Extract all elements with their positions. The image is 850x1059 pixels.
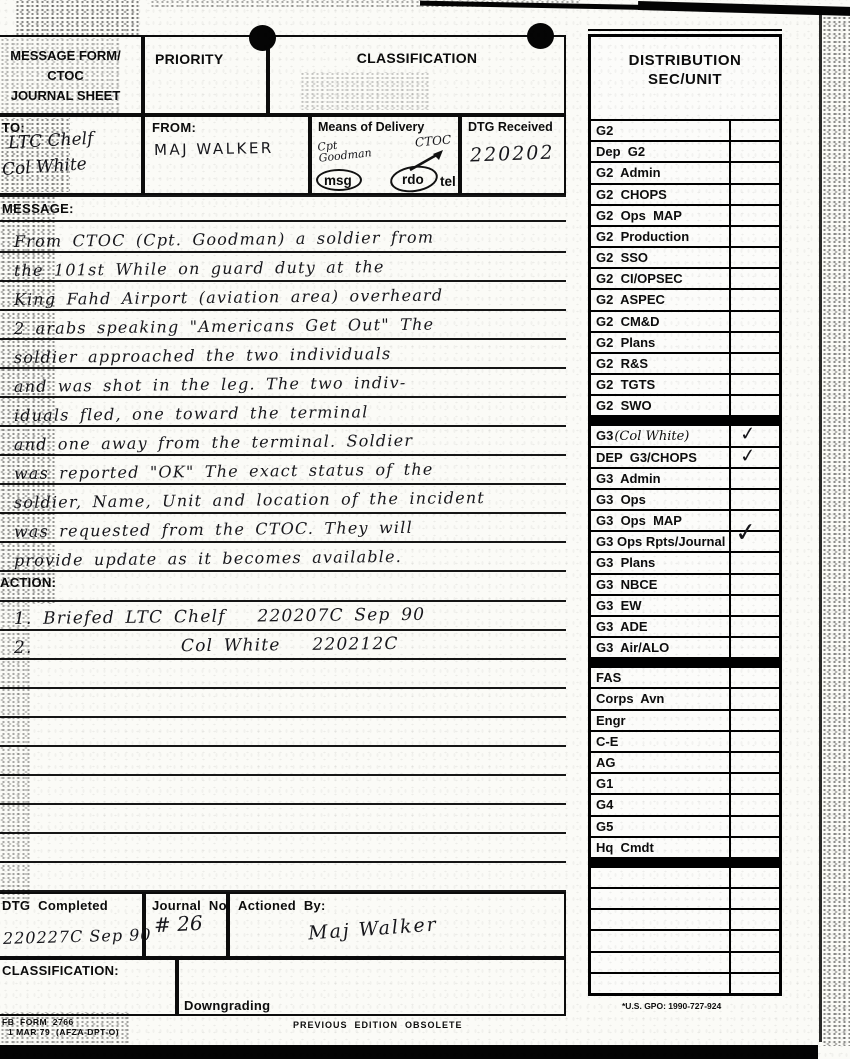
distribution-row: G2 CHOPS [591,185,779,206]
action-line: 1. Briefed LTC Chelf 220207C Sep 90 [0,602,566,631]
message-line-handwriting: King Fahd Airport (aviation area) overhe… [14,286,444,309]
action-line-handwriting: 1. Briefed LTC Chelf 220207C Sep 90 [14,605,426,629]
message-band: MESSAGE: [0,195,566,222]
action-band: ACTION: [0,572,566,602]
form-number: FB FORM 2766 [2,1017,74,1027]
dtg-received-value: 220202 [470,142,555,167]
distribution-check-cell [729,668,779,687]
distribution-row-label: G3(Col White) [591,426,729,445]
actioned-by-label: Actioned By: [230,894,564,913]
distribution-row-label: DEP G3/CHOPS [591,448,729,467]
distribution-row: G3 Ops [591,490,779,511]
distribution-check-cell [729,953,779,972]
distribution-row: FAS [591,668,779,689]
empty-line [0,660,566,689]
distribution-row: G2 [591,121,779,142]
distribution-row-label [591,868,729,887]
checkmark-icon: ✓ [739,444,757,468]
distribution-row: G3 NBCE [591,575,779,596]
distribution-row-label: G2 ASPEC [591,290,729,309]
action-lines: 1. Briefed LTC Chelf 220207C Sep 902. Co… [0,602,566,660]
distribution-check-cell [729,774,779,793]
distribution-check-cell [729,185,779,204]
distribution-row-label: G3 Admin [591,469,729,488]
form-title-line: JOURNAL SHEET [0,86,141,106]
distribution-row-label: G3 Plans [591,553,729,572]
message-line-handwriting: and was shot in the leg. The two indiv- [14,373,407,396]
page-edge-line [819,10,822,1042]
distribution-check-cell [729,227,779,246]
to-value-line: Col White [1,154,87,180]
form-title-box: MESSAGE FORM/ CTOC JOURNAL SHEET [0,35,143,115]
distribution-row-label [591,931,729,950]
distribution-row-label: G3 Ops [591,490,729,509]
checkmark-icon: ✓ [733,517,758,549]
distribution-check-cell [729,121,779,140]
distribution-row: Engr [591,711,779,732]
message-line-handwriting: 2 arabs speaking "Americans Get Out" The [14,315,435,338]
distribution-row-label: G3 Ops Rpts/Journal [591,532,729,551]
message-line-handwriting: soldier approached the two individuals [14,344,392,367]
from-box: FROM: MAJ WALKER [143,115,310,195]
downgrading-box: Downgrading [177,958,566,1016]
message-line: provide update as it becomes available. [0,543,566,572]
distribution-row-label [591,910,729,929]
journal-no-box: Journal No. # 26 [144,892,228,958]
dtg-completed-label: DTG Completed [0,894,142,913]
distribution-row-label: G2 Plans [591,333,729,352]
distribution-row: G1 [591,774,779,795]
distribution-row: C-E [591,732,779,753]
distribution-check-cell [729,290,779,309]
distribution-check-cell [729,490,779,509]
distribution-row: G3 ADE [591,617,779,638]
distribution-check-cell [729,596,779,615]
distribution-row-label: G2 SSO [591,248,729,267]
distribution-check-cell [729,732,779,751]
distribution-row-label [591,889,729,908]
distribution-row: G3 EW [591,596,779,617]
distribution-row-label [591,974,729,993]
distribution-row-label: G4 [591,795,729,814]
distribution-row-label: Corps Avn [591,689,729,708]
empty-line [0,805,566,834]
gpo-note: *U.S. GPO: 1990-727-924 [622,1001,721,1011]
distribution-check-cell [729,312,779,331]
distribution-row-label: Hq Cmdt [591,838,729,857]
distribution-row [591,931,779,952]
empty-line [0,718,566,747]
distribution-row: G2 CI/OPSEC [591,269,779,290]
scan-noise [822,12,850,1046]
message-line-handwriting: iduals fled, one toward the terminal [14,402,369,425]
distribution-row: G3 Admin [591,469,779,490]
distribution-row-label: G2 CM&D [591,312,729,331]
means-of-delivery-box: Means of Delivery Cpt Goodman msg rdo te… [310,115,460,195]
distribution-row-label: G3 NBCE [591,575,729,594]
empty-line [0,776,566,805]
distribution-check-cell [729,910,779,929]
message-line: was requested from the CTOC. They will [0,514,566,543]
message-line: soldier, Name, Unit and location of the … [0,485,566,514]
to-value-line: LTC Chelf [8,129,94,153]
distribution-check-cell [729,817,779,836]
distribution-row-label: G2 SWO [591,396,729,415]
classification-label: CLASSIFICATION [270,37,564,66]
actioned-by-box: Actioned By: Maj Walker [228,892,566,958]
distribution-row [591,953,779,974]
distribution-row-label: G5 [591,817,729,836]
distribution-row: G3 Air/ALO [591,638,779,659]
distribution-check-cell [729,269,779,288]
arrow-icon [407,145,449,173]
distribution-row: G2 TGTS [591,375,779,396]
distribution-row: AG [591,753,779,774]
distribution-row-label: AG [591,753,729,772]
distribution-row [591,889,779,910]
dist-top-rule [588,29,782,31]
message-line: soldier approached the two individuals [0,340,566,369]
distribution-row [591,974,779,993]
form-date: 1 MAR 79 (AFZA-DPT-O) [8,1027,119,1037]
dtg-completed-value: 220227C Sep 90 [3,925,152,948]
form-title-line: MESSAGE FORM/ [0,46,141,66]
distribution-row: G5 [591,817,779,838]
distribution-row: G4 [591,795,779,816]
message-line: 2 arabs speaking "Americans Get Out" The [0,311,566,340]
dtg-received-box: DTG Received 220202 [460,115,566,195]
from-label: FROM: [145,117,308,135]
distribution-row: Corps Avn [591,689,779,710]
distribution-row-label: G2 Ops MAP [591,206,729,225]
classification-footer-label: CLASSIFICATION: [0,960,175,978]
priority-label: PRIORITY [145,37,266,67]
distribution-check-cell [729,868,779,887]
distribution-row-label: G3 EW [591,596,729,615]
message-line: was reported "OK" The exact status of th… [0,456,566,485]
classification-footer-box: CLASSIFICATION: [0,958,177,1016]
distribution-row-label: G3 ADE [591,617,729,636]
actioned-by-value: Maj Walker [307,913,438,944]
distribution-row-label: G2 [591,121,729,140]
message-line-handwriting: and one away from the terminal. Soldier [14,431,413,454]
dtg-received-label: DTG Received [462,117,564,134]
message-line: iduals fled, one toward the terminal [0,398,566,427]
distribution-check-cell: ✓ [729,448,779,467]
message-line-handwriting: soldier, Name, Unit and location of the … [14,488,485,512]
distribution-row [591,868,779,889]
distribution-row-label [591,953,729,972]
scan-streak [420,1,665,11]
distribution-check-cell [729,753,779,772]
distribution-check-cell [729,248,779,267]
distribution-row: G2 Admin [591,163,779,184]
distribution-check-cell [729,375,779,394]
distribution-header: DISTRIBUTION SEC/UNIT [591,37,779,121]
msg-circle-annotation [316,169,362,191]
distribution-row-label: FAS [591,668,729,687]
distribution-check-cell: ✓ [729,426,779,445]
scanned-journal-sheet: MESSAGE FORM/ CTOC JOURNAL SHEET PRIORIT… [0,0,850,1059]
message-line: From CTOC (Cpt. Goodman) a soldier from [0,224,566,253]
message-line: and one away from the terminal. Soldier [0,427,566,456]
distribution-check-cell [729,206,779,225]
distribution-row-label: G2 TGTS [591,375,729,394]
distribution-row-label: G1 [591,774,729,793]
distribution-row-label: C-E [591,732,729,751]
distribution-table: DISTRIBUTION SEC/UNIT G2Dep G2G2 AdminG2… [588,34,782,996]
message-lines: From CTOC (Cpt. Goodman) a soldier fromt… [0,224,566,572]
message-line-handwriting: From CTOC (Cpt. Goodman) a soldier from [14,228,434,251]
journal-no-label: Journal No. [146,894,226,913]
distribution-check-cell: ✓ [729,532,779,551]
distribution-check-cell [729,795,779,814]
distribution-row-note-handwriting: (Col White) [614,429,689,444]
distribution-row-label: G2 CI/OPSEC [591,269,729,288]
empty-line [0,747,566,776]
distribution-row: Dep G2 [591,142,779,163]
distribution-section-divider [591,859,779,868]
message-line-handwriting: provide update as it becomes available. [14,547,402,570]
distribution-check-cell [729,396,779,415]
previous-edition-note: PREVIOUS EDITION OBSOLETE [293,1020,463,1030]
distribution-row-label: G3 Ops MAP [591,511,729,530]
distribution-row-label: G2 CHOPS [591,185,729,204]
means-of-delivery-label: Means of Delivery [312,117,458,134]
distribution-check-cell [729,638,779,657]
form-title-line: CTOC [0,66,141,86]
action-line: 2. Col White 220212C [0,631,566,660]
downgrading-label: Downgrading [184,998,270,1013]
checkmark-icon: ✓ [739,423,757,447]
distribution-row: G2 SWO [591,396,779,417]
distribution-check-cell [729,889,779,908]
message-line: King Fahd Airport (aviation area) overhe… [0,282,566,311]
distribution-row-label: G2 R&S [591,354,729,373]
distribution-row: G2 Plans [591,333,779,354]
distribution-row: G2 CM&D [591,312,779,333]
message-line: and was shot in the leg. The two indiv- [0,369,566,398]
distribution-row-label: Dep G2 [591,142,729,161]
action-line-handwriting: 2. Col White 220212C [14,634,399,658]
message-line-handwriting: was reported "OK" The exact status of th… [14,460,434,483]
distribution-check-cell [729,333,779,352]
dtg-completed-box: DTG Completed 220227C Sep 90 [0,892,144,958]
distribution-check-cell [729,974,779,993]
distribution-check-cell [729,163,779,182]
to-box: TO: LTC Chelf Col White [0,115,143,195]
distribution-row: G2 SSO [591,248,779,269]
empty-line [0,834,566,863]
distribution-row-label: G2 Admin [591,163,729,182]
bottom-scan-band [0,1045,818,1059]
empty-line [0,689,566,718]
delivery-option-tel: tel [440,174,456,189]
punch-hole [527,23,554,49]
distribution-check-cell [729,575,779,594]
distribution-section-divider [591,659,779,668]
distribution-row [591,910,779,931]
distribution-check-cell [729,142,779,161]
message-line-handwriting: the 101st While on guard duty at the [14,257,385,280]
distribution-row-label: G2 Production [591,227,729,246]
from-value: MAJ WALKER [154,139,274,159]
priority-box: PRIORITY [143,35,268,115]
distribution-row: Hq Cmdt [591,838,779,859]
distribution-row: G2 Ops MAP [591,206,779,227]
distribution-check-cell [729,711,779,730]
empty-line [0,863,566,892]
distribution-check-cell [729,354,779,373]
distribution-check-cell [729,931,779,950]
message-line-handwriting: was requested from the CTOC. They will [14,518,413,541]
distribution-row: G2 ASPEC [591,290,779,311]
distribution-check-cell [729,617,779,636]
distribution-row-label: Engr [591,711,729,730]
punch-hole [249,25,276,51]
distribution-row: G3 Ops Rpts/Journal✓ [591,532,779,553]
distribution-row: G2 R&S [591,354,779,375]
distribution-row: G3 Plans [591,553,779,574]
distribution-check-cell [729,469,779,488]
action-label: ACTION: [0,572,566,590]
empty-ruled-lines [0,660,566,892]
distribution-check-cell [729,553,779,572]
message-label: MESSAGE: [0,197,566,216]
message-line: the 101st While on guard duty at the [0,253,566,282]
distribution-row-label: G3 Air/ALO [591,638,729,657]
distribution-row: DEP G3/CHOPS✓ [591,448,779,469]
distribution-check-cell [729,838,779,857]
distribution-row: G2 Production [591,227,779,248]
classification-box: CLASSIFICATION [268,35,566,115]
distribution-check-cell [729,689,779,708]
scan-noise [15,0,140,36]
delivery-scribble: Cpt Goodman [317,136,372,163]
journal-no-value: # 26 [153,911,203,938]
